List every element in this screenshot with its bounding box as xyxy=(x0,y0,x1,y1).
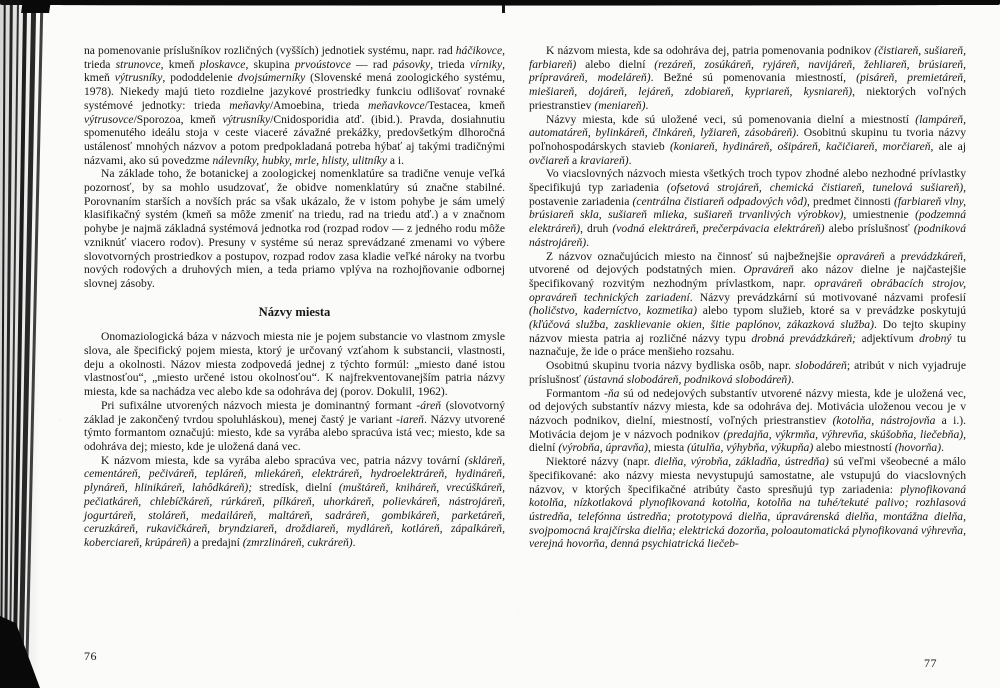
binding-center-notch xyxy=(502,5,505,13)
scan-top-edge-shadow xyxy=(60,4,940,6)
binding-top-corner xyxy=(21,0,51,13)
paragraph: Z názvov označujúcich miesto na činnosť … xyxy=(529,250,966,360)
section-heading: Názvy miesta xyxy=(84,306,505,320)
page-number-left: 76 xyxy=(84,649,97,664)
page-right-text: K názvom miesta, kde sa odohráva dej, pa… xyxy=(529,44,966,551)
paragraph: Niektoré názvy (napr. dielňa, výrobňa, z… xyxy=(529,455,966,551)
page-left-text: na pomenovanie príslušníkov rozličných (… xyxy=(84,44,505,550)
paragraph: Na základe toho, že botanickej a zoologi… xyxy=(84,167,505,290)
book-scan: na pomenovanie príslušníkov rozličných (… xyxy=(0,0,1000,688)
paragraph: Názvy miesta, kde sú uložené veci, sú po… xyxy=(529,113,966,168)
paragraph: Vo viacslovných názvoch miesta všetkých … xyxy=(529,167,966,249)
paragraph: Onomaziologická báza v názvoch miesta ni… xyxy=(84,330,505,399)
paragraph: K názvom miesta, kde sa vyrába alebo spr… xyxy=(84,454,505,550)
paragraph: Formantom -ňa sú od nedejových substantí… xyxy=(529,387,966,456)
paragraph: na pomenovanie príslušníkov rozličných (… xyxy=(84,44,505,167)
paragraph: Pri sufixálne utvorených názvoch miesta … xyxy=(84,399,505,454)
paragraph: K názvom miesta, kde sa odohráva dej, pa… xyxy=(529,44,966,113)
book-binding xyxy=(0,0,48,688)
page-number-right: 77 xyxy=(924,656,937,671)
paragraph: Osobitnú skupinu tvoria názvy bydliska o… xyxy=(529,359,966,386)
